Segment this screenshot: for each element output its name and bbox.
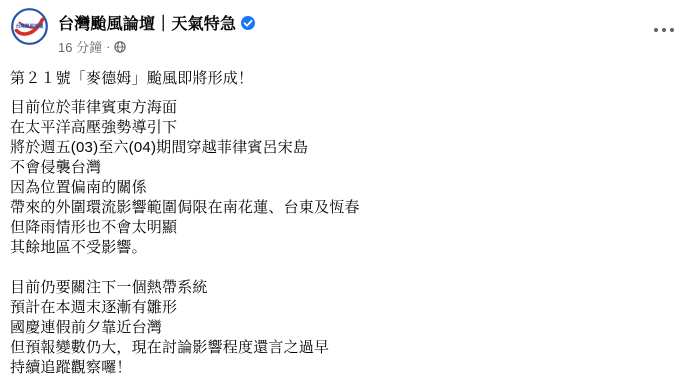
facebook-post: 台灣颱風論壇 台灣颱風論壇｜天氣特急 16 分鐘 · (0, 0, 695, 375)
more-dot (654, 28, 658, 32)
header-text: 台灣颱風論壇｜天氣特急 16 分鐘 · (58, 8, 255, 56)
meta-separator: · (106, 39, 110, 54)
more-dot (662, 28, 666, 32)
more-dot (670, 28, 674, 32)
verified-badge-icon (241, 16, 255, 30)
more-options-button[interactable] (647, 16, 681, 44)
avatar-logo-text: 台灣颱風論壇 (16, 23, 44, 30)
post-paragraph-typhoon-details: 目前位於菲律賓東方海面 在太平洋高壓強勢導引下 將於週五(03)至六(04)期間… (10, 98, 685, 258)
page-name-link[interactable]: 台灣颱風論壇｜天氣特急 (58, 11, 236, 34)
globe-icon (114, 41, 126, 53)
post-paragraph-next-system: 目前仍要關注下一個熱帶系統 預計在本週末逐漸有雛形 國慶連假前夕靠近台灣 但預報… (10, 278, 685, 375)
post-meta: 16 分鐘 · (58, 37, 255, 56)
post-header: 台灣颱風論壇 台灣颱風論壇｜天氣特急 16 分鐘 · (10, 8, 685, 56)
post-body: 第２１號「麥德姆」颱風即將形成！ 目前位於菲律賓東方海面 在太平洋高壓強勢導引下… (10, 69, 685, 375)
page-avatar[interactable]: 台灣颱風論壇 (11, 8, 48, 45)
timestamp-link[interactable]: 16 分鐘 (58, 37, 102, 56)
typhoon-forum-logo-icon: 台灣颱風論壇 (11, 8, 48, 45)
post-paragraph-headline: 第２１號「麥德姆」颱風即將形成！ (10, 69, 685, 89)
